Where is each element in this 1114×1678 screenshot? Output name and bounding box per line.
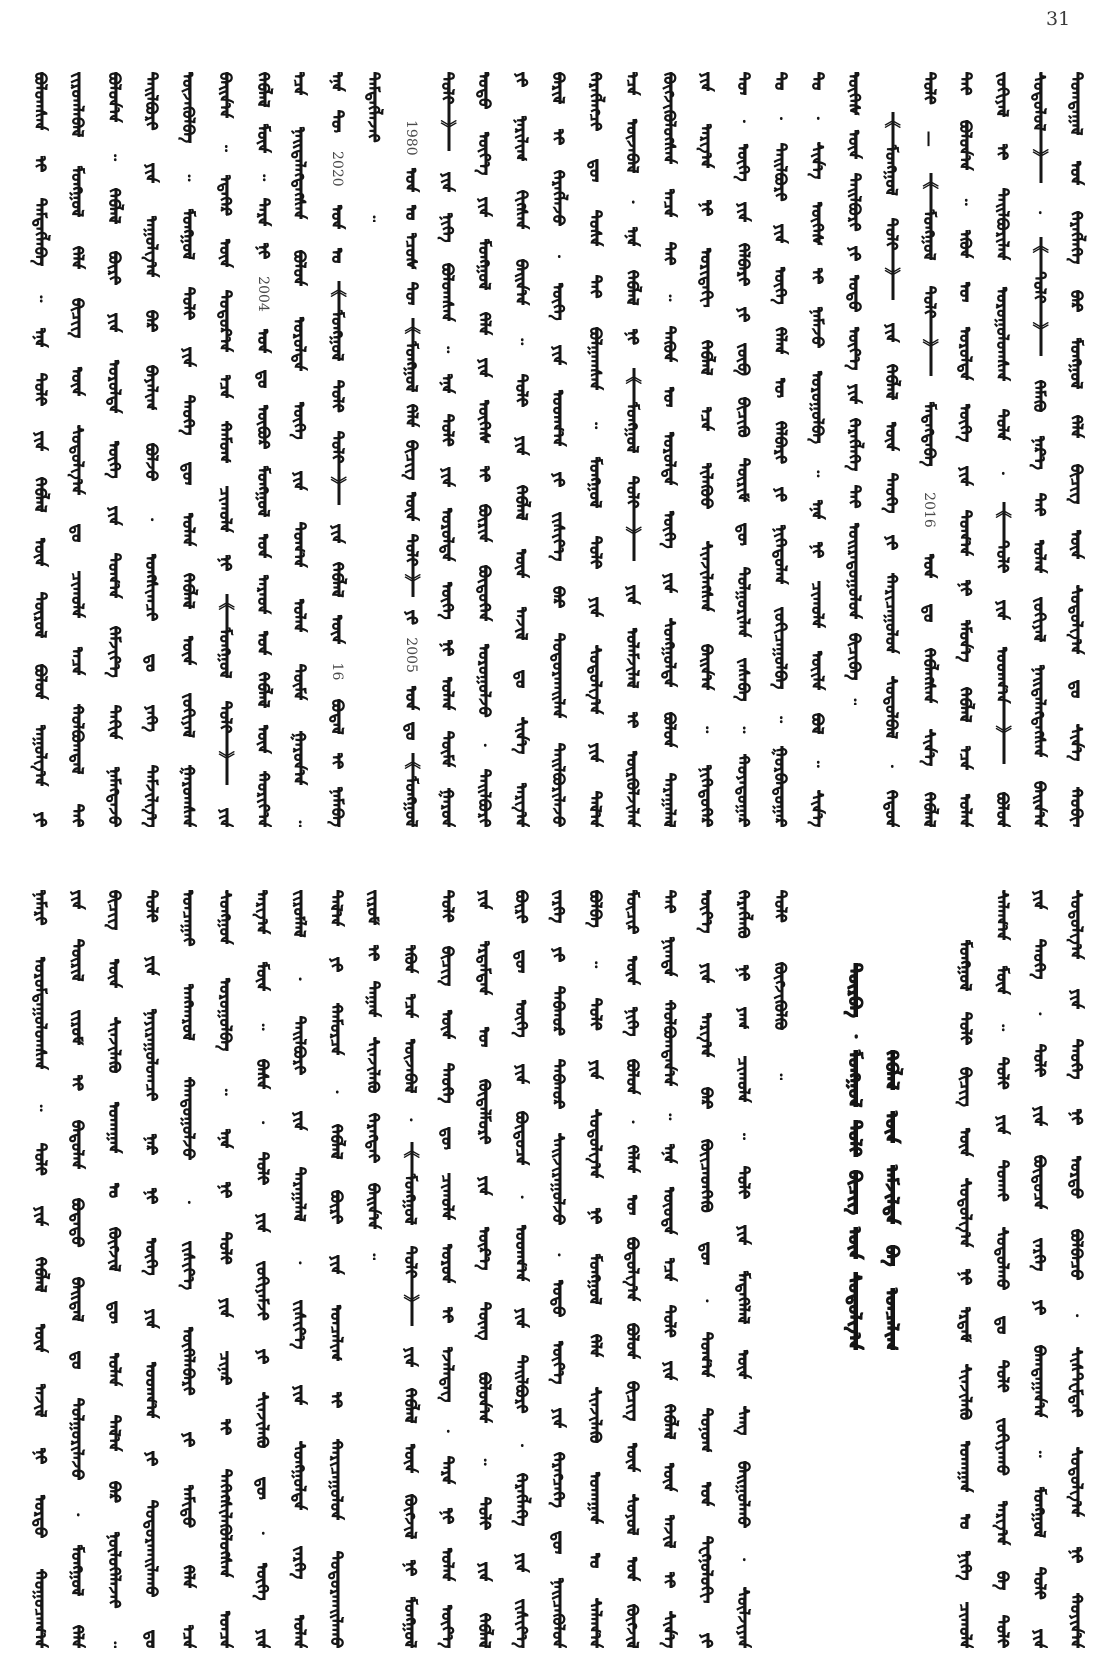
word: ᠮᠣᠩᠭᠣᠯ — [1067, 338, 1086, 389]
text-column: ᠲᠡᠢ ᠨᠢᠭᠲᠠ ᠬᠣᠯᠪᠣᠭᠳᠠᠨ᠎ᠠ ᠃ ᠡᠨᠡ ᠦᠦᠳᠡ ᠡᠴᠡ ᠲᠣᠯ… — [651, 890, 688, 1648]
word: ᠬᠡᠯᠪᠡᠷᠢ — [771, 421, 790, 464]
word: ᠵᠣᠬᠢᠶᠠᠮᠵᠢ — [253, 1261, 272, 1320]
word: ᠳᠤ — [993, 1316, 1012, 1334]
word: ᠳᠤ — [1067, 680, 1086, 698]
word: ᠠᠷᠭ᠎ᠠ — [697, 1013, 716, 1057]
word: ᠶᠢ — [402, 610, 421, 625]
word: ᠰᠦᠯᠵᠢᠶᠡᠨ — [734, 1587, 753, 1648]
word: ᠪᠣᠯᠤᠭᠰᠠᠨ — [438, 263, 457, 321]
paragraph-start-column: 1980 ᠣᠨ ᠤ ᠡᠴᠦᠰ ᠲᠦ 《ᠮᠣᠩᠭᠣᠯ ᠬᠡᠯᠡ ᠪᠢᠴᠢᠭ ᠦᠨ … — [392, 120, 429, 827]
word: ᠦ — [475, 1027, 494, 1047]
word: ᠲᠣᠳᠣᠷᠬᠠᠢᠯᠠᠨ — [549, 633, 568, 718]
word: ᠶᠢᠨ — [475, 890, 494, 909]
paragraph-end-column: ᠲᠣᠯᠢ ᠬᠥᠭᠵᠢᠭᠦᠯᠬᠦ ᠃ — [762, 890, 799, 1080]
text-column: ᠲᠦ ᠂ ᠦᠭᠡ ᠶᠢᠨ ᠬᠡᠯᠪᠡᠷᠢ ᠶᠢ ᠵᠥᠪ ᠪᠢᠴᠢᠬᠦ ᠳᠦᠷᠢᠮ… — [725, 72, 762, 827]
word: ᠰᠤᠳᠤᠯᠬᠤ — [993, 1227, 1012, 1290]
word: ᠣᠷᠣᠯᠲᠠ — [290, 317, 309, 370]
word: ᠬᠣᠶᠠᠳᠤᠭᠠᠷ — [734, 754, 753, 827]
word: ᠬᠡᠯᠡ — [68, 246, 87, 269]
word: ᠨᠢᠭᠡᠳᠦᠭᠡᠷ — [697, 765, 716, 827]
text-column: ᠲᠣᠭᠲᠠᠭᠠᠯ ᠤᠨ ᠬᠡᠷᠡᠭᠯᠡᠭᠡ ᠪᠠᠷ ᠮᠣᠩᠭᠣᠯ ᠬᠡᠯᠡ ᠪᠢ… — [1058, 72, 1095, 827]
word: ᠲᠣᠯᠢ》 — [216, 701, 235, 784]
punctuation: ᠃ — [734, 1129, 753, 1140]
word: ᠪᠣᠯᠤᠨ᠎ᠠ — [956, 120, 975, 170]
word: ᠪᠠᠷᠢᠯ — [549, 72, 568, 104]
word: ᠳᠦ — [697, 1242, 716, 1265]
word: ᠦᠭᠡ — [105, 441, 124, 478]
word: ᠶᠢᠨ — [697, 72, 716, 91]
word: ᠶᠢ — [179, 1432, 198, 1447]
word: ᠡᠴᠡ — [401, 994, 420, 1017]
word: ᠲᠣᠯᠢ》 — [328, 431, 347, 506]
word: ᠢᠯᠡᠭᠦᠦ — [697, 463, 716, 509]
word: ᠲᠠᠢᠯᠪᠤᠷᠢ — [475, 769, 494, 827]
word: ᠲᠣᠯᠢ — [216, 1232, 235, 1264]
text-column: ᠦᠵᠡᠭᠦᠯᠪᠡ ᠃ ᠮᠣᠩᠭᠣᠯ ᠲᠣᠯᠢ ᠶᠢᠨ ᠲᠡᠦᠬᠡ ᠳᠦ ᠣᠯᠠᠨ… — [170, 72, 207, 827]
text-column: ᠶᠢᠨ ᠠᠷᠭ᠎ᠠ ᠨᠢ ᠤᠷᠢᠳᠠᠬᠢ ᠬᠡᠪᠯᠡᠯ ᠡᠴᠡ ᠢᠯᠡᠭᠦᠦ ᠰ… — [688, 72, 725, 827]
word: 《ᠲᠣᠯᠢ — [993, 502, 1012, 573]
text-column: ᠰᠤᠳᠤᠯᠤᠯ》 ᠂ 《ᠲᠣᠯᠢ》 ᠬᠡᠮᠡᠬᠦ ᠨᠡᠷ᠎ᠡ ᠲᠠᠢ ᠣᠯᠠᠨ … — [1021, 72, 1058, 827]
word: ᠳᠤ — [68, 524, 87, 542]
word: ᠶᠢᠨ — [327, 1255, 346, 1274]
word: ᠡᠷᠳᠡᠮ — [956, 1307, 975, 1342]
word: ᠢ — [327, 1392, 346, 1408]
word: ᠡᠮᠦᠨ᠎ᠡ — [956, 620, 975, 662]
word: ᠬᠡᠷᠡᠭᠯᠡᠵᠦ — [549, 170, 568, 226]
word: ᠬᠣᠯᠪᠣᠭᠳᠠᠨ᠎ᠠ — [660, 1000, 679, 1086]
word: ᠲᠦ — [734, 72, 753, 95]
word: ᠬᠠᠷᠢᠴᠠᠭᠤᠯᠤᠨ — [327, 1439, 346, 1520]
word: ᠦᠭᠡ — [549, 283, 568, 320]
word: ᠲᠣᠯᠢ — [253, 1152, 272, 1184]
word: ᠪᠤᠳᠠᠯ — [328, 699, 347, 734]
word: ᠬᠡᠪᠯᠡᠯ — [328, 562, 347, 597]
word: ᠣᠯᠠᠨ — [105, 1353, 124, 1386]
word: ᠤᠷᠲᠤ — [31, 1495, 50, 1538]
word: ᠳᠤ — [142, 654, 161, 672]
word: ᠳᠦ — [105, 1301, 124, 1324]
word: ᠨᠢ — [216, 1182, 235, 1198]
word: ᠦᠦᠳᠡ — [660, 1187, 679, 1235]
word: ᠨᠢᠭᠡ — [438, 213, 457, 242]
word: ᠰᠢᠨᠵᠢᠯᠡᠭᠰᠡᠨ — [697, 541, 716, 612]
text-column: ᠡᠴᠡ ᠨᠡᠢᠲᠡᠯᠡᠭᠳᠡᠭᠰᠡᠨ ᠪᠣᠯᠤᠨ ᠣᠷᠣᠯᠲᠠ ᠦᠭᠡ ᠶᠢᠨ … — [281, 72, 318, 827]
punctuation: ᠃ — [105, 1637, 124, 1648]
word: ᠲᠤ — [771, 72, 790, 90]
text-column: ᠶᠢᠨ ᠲᠦᠷᠢᠯ ᠵᠢᠷᠤᠮ ᠢ ᠪᠠᠲᠤᠯᠠᠨ ᠪᠣᠳᠠᠲᠤ ᠪᠠᠢᠳᠠᠯ … — [59, 890, 96, 1648]
word: ᠪᠣᠳᠠᠲᠤ — [68, 1198, 87, 1247]
word: ᠦᠭᠡᠰ — [845, 72, 864, 115]
word: ᠡᠨᠡ — [328, 72, 347, 91]
word: ᠬᠢᠭᠰᠡᠨ — [512, 190, 531, 229]
word: ᠲᠣᠯᠢ — [920, 72, 939, 104]
word: ᠦᠶ᠎ᠡ — [697, 890, 716, 933]
text-column: ᠲᠣᠯᠢ — 《ᠮᠣᠩᠭᠣᠯ ᠲᠣᠯᠢ》 ᠮᠡᠳᠡᠭᠳᠡᠪᠡ 2016 ᠣᠨ ᠳ… — [910, 72, 947, 827]
word: ᠦᠨ — [31, 538, 50, 567]
word: ᠢ — [364, 945, 383, 961]
word: ᠲᠡᠷᠡ — [438, 1456, 457, 1484]
word: ᠲᠣᠭ᠎ᠠ — [105, 553, 124, 598]
word: ᠰᠤᠳᠤᠯᠭ᠎ᠠ — [1067, 585, 1086, 654]
word: ᠳᠤ — [142, 1630, 161, 1648]
word: ᠶᠢᠨ — [1067, 989, 1086, 1008]
word: ᠵᠣᠬᠢᠶᠠᠯ — [1030, 597, 1049, 642]
word: ᠶᠢᠨ — [328, 524, 347, 543]
word: ᠦᠨ — [328, 615, 347, 644]
word: ᠬᠡᠯᠡᠨ — [771, 327, 790, 354]
word: ᠲᠡᠷᠡ — [254, 198, 273, 226]
word: ᠬᠡᠯᠡ — [586, 1334, 605, 1357]
word: ᠪᠢᠴᠢᠭ — [438, 946, 457, 986]
word: ᠨᠡᠢᠲᠡᠯᠡᠭᠳᠡᠭᠰᠡᠨ — [1030, 665, 1049, 757]
text-column: ᠬᠡᠷᠡᠭᠯᠡᠬᠦ ᠨᠢ ᠶᠠᠭ ᠴᠢᠬᠤᠯᠠ ᠃ ᠲᠣᠯᠢ ᠶᠢᠨ ᠮᠡᠳᠡᠭ… — [725, 890, 762, 1648]
word: ᠲᠣᠯᠢ — [993, 1360, 1012, 1392]
word: ᠲᠦᠮᠡ — [438, 731, 457, 767]
word: ᠰᠤᠳᠤᠯᠭ᠎ᠠ — [844, 1272, 865, 1350]
word: ᠣᠨ — [402, 686, 421, 710]
word: ᠲᠠᠢ — [956, 72, 975, 95]
word: ᠦᠨ — [254, 725, 273, 754]
word: ᠵᠣᠬᠢᠶᠠᠯ — [993, 72, 1012, 117]
word: ᠪᠣᠯ — [808, 713, 827, 734]
word: ᠠᠴᠠ — [68, 647, 87, 675]
word: ᠪᠦᠷᠢ — [105, 251, 124, 284]
word: ᠦᠭᠡ — [290, 402, 309, 439]
word: ᠬᠡᠯᠡ — [179, 1565, 198, 1588]
word: ᠲᠠᠯ᠎ᠠ — [105, 1415, 124, 1451]
word: ᠣᠯᠠᠨ — [438, 1548, 457, 1581]
punctuation: ᠃ — [512, 334, 531, 345]
word: ᠤ — [402, 205, 421, 220]
punctuation: ᠃ — [254, 170, 273, 181]
word: ᠪᠣᠯᠤᠨ — [623, 1323, 642, 1358]
word: ᠪᠢᠴᠢᠭ — [1067, 464, 1086, 504]
word: ᠬᠤᠪᠢ — [1067, 787, 1086, 827]
text-column: ᠨᠡᠮᠡᠷᠢ ᠤᠷᠤᠮᠳᠠᠭᠤᠯᠤᠭᠰᠠᠨ ᠃ ᠲᠣᠯᠢ ᠶᠢᠨ ᠬᠡᠪᠯᠡᠯ … — [22, 890, 59, 1648]
word: ᠨᠢ — [438, 1508, 457, 1524]
word: ᠬᠡᠪᠯᠡᠯ — [623, 270, 642, 305]
word: ᠡᠨᠡ — [623, 227, 642, 246]
word: ᠰᠢᠨ᠎ᠡ — [512, 717, 531, 754]
word: ᠣᠷᠣᠭᠤᠯᠵᠤ — [475, 644, 494, 717]
word: ᠦᠨ — [401, 1444, 420, 1473]
word: ᠶᠢᠨ — [253, 1629, 272, 1648]
word: ᠳᠦ — [734, 523, 753, 546]
word: ᠦᠭᠡᠯᠡᠪᠡᠷᠢ — [179, 1327, 198, 1395]
word: ᠶᠢᠨ — [31, 1206, 50, 1225]
word: ᠰᠤᠳᠤᠯᠭ᠎ᠠ — [586, 645, 605, 714]
word: ᠲᠠᠢᠯᠪᠤᠷᠢᠯᠠᠵᠤ — [549, 743, 568, 827]
word: ᠶᠢᠨ — [142, 163, 161, 182]
word: ᠦᠨ — [956, 1128, 975, 1157]
word: ᠠᠵᠢᠯ — [31, 1384, 50, 1417]
word: ᠦᠨ — [623, 1443, 642, 1472]
word: ᠣᠷᠣᠯᠲᠠ — [438, 508, 457, 561]
word: 《ᠲᠣᠯᠢ》 — [1030, 237, 1049, 356]
word: ᠡᠴᠡ — [216, 375, 235, 398]
word: ᠨᠢ — [697, 200, 716, 216]
word: ᠶᠢᠨ — [512, 1064, 531, 1083]
word: ᠪᠠ — [993, 1571, 1012, 1590]
word: ᠦᠨ — [512, 549, 531, 578]
word: ᠨᠢ — [142, 1188, 161, 1204]
word: ᠳᠤ — [512, 670, 531, 688]
punctuation: ᠂ — [844, 1030, 865, 1037]
punctuation: ᠃ — [216, 1085, 235, 1096]
punctuation: ᠃ — [216, 141, 235, 152]
word: ᠣᠳᠣ — [845, 275, 864, 312]
word: ᠲᠡᠦᠬᠡ — [438, 1063, 457, 1103]
word: ᠣᠷᠣᠭᠤᠯᠤᠭᠰᠠᠨ — [993, 287, 1012, 381]
word: ᠦᠶ᠎ᠡ — [549, 1341, 568, 1384]
word: ᠪᠢᠴᠢᠭ — [68, 298, 87, 338]
word: ᠨᠢ — [734, 965, 753, 981]
word: ᠨᠢ — [808, 542, 827, 558]
number: 2004 — [255, 276, 271, 312]
text-column: ᠵᠡᠷᠭᠡ ᠶᠢ ᠳᠠᠪᠬᠤᠷ ᠳᠠᠪᠬᠤᠷ ᠰᠠᠢᠵᠢᠷᠠᠭᠤᠯᠵᠤ ᠂ ᠣᠳ… — [540, 890, 577, 1648]
text-column: ᠪᠦᠷᠢ ᠳᠦ ᠦᠭᠡ ᠶᠢᠨ ᠪᠦᠲᠦᠴᠡ ᠂ ᠤᠳᠬ᠎ᠠ ᠶᠢᠨ ᠲᠠᠢᠯᠪ… — [503, 890, 540, 1648]
word: ᠲᠠᠢᠯᠪᠤᠷᠢ — [290, 1016, 309, 1074]
word: ᠲᠡᠮᠳᠡᠭᠯᠡᠵᠡᠢ — [364, 72, 383, 142]
word: ᠪᠦᠲᠦᠭᠡᠨ — [475, 565, 494, 621]
word: ᠶᠢᠨ — [586, 1060, 605, 1079]
section-title-line: ᠳᠥᠷᠪᠡ ᠂ ᠮᠣᠩᠭᠣᠯ ᠲᠣᠯᠢ ᠪᠢᠴᠢᠭ ᠦᠨ ᠰᠤᠳᠤᠯᠭ᠎ᠠ — [834, 963, 874, 1350]
punctuation: ᠃ — [364, 1249, 383, 1260]
word: ᠡᠴᠦᠰ — [402, 233, 421, 269]
bottom-tier: ᠨᠡᠮᠡᠷᠢ ᠤᠷᠤᠮᠳᠠᠭᠤᠯᠤᠭᠰᠠᠨ ᠃ ᠲᠣᠯᠢ ᠶᠢᠨ ᠬᠡᠪᠯᠡᠯ … — [0, 890, 1114, 1648]
word: ᠶᠢᠨ — [1030, 1629, 1049, 1648]
word: ᠨᠡᠮᠡᠵᠦ — [808, 307, 827, 347]
text-column: ᠬᠡᠷᠡᠭᠯᠡᠭᠴᠢ ᠳᠦ ᠲᠤᠰᠠ ᠲᠠᠢ ᠪᠣᠯᠭᠠᠭᠰᠠᠨ ᠃ ᠮᠣᠩᠭᠣ… — [577, 72, 614, 827]
word: ᠲᠣᠭ᠎ᠠ — [290, 522, 309, 567]
punctuation: ᠂ — [512, 1440, 531, 1446]
word: ᠲᠡᠭᠦᠨ — [660, 326, 679, 362]
punctuation: ᠂ — [734, 116, 753, 122]
word: ᠳᠠᠬᠢᠨ — [105, 705, 124, 739]
word: ᠪᠦᠲᠦᠴᠡ — [1030, 1155, 1049, 1209]
word: ᠬᠡᠷᠡᠭᠴᠡᠭᠡ — [549, 1452, 568, 1508]
word: ᠪᠢᠴᠢᠭ — [844, 1170, 865, 1215]
word: ᠬᠡᠪᠯᠡᠯ — [31, 477, 50, 512]
punctuation: ᠃ — [956, 195, 975, 206]
word: ᠵᠢᠷᠤᠮᠯᠠᠯ — [290, 890, 309, 937]
word: ᠣᠯᠠᠨ — [1030, 540, 1049, 573]
punctuation: ᠃ — [290, 817, 309, 828]
word: ᠠᠷᠭ᠎ᠠ — [253, 890, 272, 934]
word: ᠦ — [956, 282, 975, 302]
word: ᠪᠢᠴᠢᠭ — [623, 1381, 642, 1421]
word: ᠬᠡᠷᠡᠭᠯᠡᠭᠡ — [1067, 211, 1086, 264]
word: ᠨᠢᠭᠡᠳᠦᠯᠡᠨ — [771, 525, 790, 584]
word: ᠦᠨ — [216, 239, 235, 268]
word: ᠰᠢᠨᠵᠢᠯᠡᠬᠦ — [956, 1364, 975, 1420]
word: ᠶᠢᠨ — [586, 597, 605, 616]
word: ᠬᠥᠭᠵᠢᠭᠦᠯᠬᠦ — [771, 962, 790, 1030]
word: ᠶᠢᠨ — [105, 313, 124, 332]
text-column: ᠶᠢᠨ ᠡᠷᠳᠡᠮᠲᠡᠨ ᠦ ᠬᠥᠳᠡᠯᠮᠦᠷᠢ ᠶᠢᠨ ᠦᠷ᠎ᠡ ᠳᠦᠩ ᠪᠣ… — [466, 890, 503, 1648]
word: ᠠᠮᠢᠳᠤ — [179, 1485, 198, 1528]
word: ᠶᠢ — [882, 535, 901, 550]
punctuation: ᠂ — [438, 1426, 457, 1432]
punctuation: ᠂ — [882, 761, 901, 767]
word: ᠮᠣᠩᠭᠣᠯ — [844, 1050, 865, 1107]
word: ᠨᠢ — [401, 1560, 420, 1576]
word: ᠨᠢ — [438, 640, 457, 656]
word: ᠤᠷᠢᠳᠠᠬᠢ — [697, 248, 716, 307]
word: ᠲᠠᠯ᠎ᠠ — [327, 890, 346, 926]
word: ᠪᠠᠰᠠ — [253, 1059, 272, 1089]
word: 《ᠮᠣᠩᠭᠣᠯ — [623, 368, 642, 453]
word: ᠬᠣᠷᠢᠶ᠎ᠠ — [254, 771, 273, 827]
word: ᠢ — [549, 129, 568, 145]
word: ᠵᠢᠷᠤᠭᠯᠠᠪᠠᠯ — [68, 72, 87, 137]
word: ᠦᠨ — [179, 636, 198, 665]
word: ᠮᠥᠨ — [254, 124, 273, 153]
punctuation: ᠃ — [475, 1455, 494, 1466]
word: ᠰᠣᠩᠭᠣᠯᠲᠠ — [660, 618, 679, 687]
punctuation: ᠃ — [586, 418, 605, 429]
word: ᠲᠣᠯᠢ》 — [920, 286, 939, 376]
word: ᠤ — [105, 1183, 124, 1198]
word: ᠶᠢᠨ — [1030, 1106, 1049, 1125]
word: ᠭᠤᠷᠪᠠᠳᠤᠭᠠᠷ — [771, 746, 790, 827]
punctuation: ᠂ — [734, 1554, 753, 1560]
word: ᠣᠯᠠᠨ — [290, 1615, 309, 1648]
text-column: ᠠᠷᠭ᠎ᠠ ᠮᠥᠨ ᠃ ᠪᠠᠰᠠ ᠂ ᠲᠣᠯᠢ ᠶᠢᠨ ᠵᠣᠬᠢᠶᠠᠮᠵᠢ ᠶᠢ… — [244, 890, 281, 1648]
word: ᠳᠤ — [254, 370, 273, 388]
word: ᠣᠳᠣ — [549, 1280, 568, 1317]
word: ᠰᠤᠳᠤᠯᠤᠯ》 — [1030, 72, 1049, 183]
word: ᠲᠣᠯᠢ — [475, 1497, 494, 1529]
word: ᠣᠯᠠᠨ — [290, 599, 309, 632]
word: ᠳᠤ — [402, 722, 421, 740]
word: ᠦᠭᠡ — [512, 1000, 531, 1037]
word: ᠵᠢᠱᠢᠶ᠎ᠡ — [179, 1241, 198, 1290]
word: ᠰᠠᠯᠠᠭ᠎ᠠ — [586, 1598, 605, 1648]
text-column: ᠲᠣᠯᠢ ᠪᠢᠴᠢᠭ ᠦᠨ ᠲᠡᠦᠬᠡ ᠳᠦ ᠴᠢᠬᠤᠯᠠ ᠣᠷᠣᠨ ᠢ ᠡᠵᠡ… — [429, 890, 466, 1648]
word: ᠲᠠᠢᠯᠪᠤᠷᠢ — [512, 1355, 531, 1413]
word: ᠦᠭᠡᠰ — [475, 400, 494, 443]
word: ᠲᠠᠢ — [1030, 493, 1049, 516]
word: ᠡᠵᠡᠯᠡᠳᠡᠭ — [438, 1347, 457, 1402]
word: ᠦᠨ — [105, 959, 124, 988]
word: ᠲᠣᠯᠢ — [734, 1166, 753, 1198]
word: ᠡᠨᠡ — [808, 500, 827, 519]
word: ᠨᠢ — [623, 329, 642, 345]
word: ᠲᠣᠯᠢ — [993, 1615, 1012, 1647]
word: ᠦ — [660, 387, 679, 407]
word: ᠨᠥᠯᠦᠭᠡᠯᠡᠵᠡᠢ — [105, 1532, 124, 1608]
punctuation: ᠂ — [253, 1117, 272, 1123]
word: ᠶᠢ — [845, 246, 864, 261]
word: ᠪᠣᠯᠤᠨ — [290, 250, 309, 285]
word: ᠶᠢᠨ — [993, 600, 1012, 619]
word: ᠠᠵᠢᠯ — [512, 607, 531, 640]
word: ᠦᠭᠡ — [660, 511, 679, 548]
word: ᠵᠡᠷᠭᠡ — [290, 1546, 309, 1579]
word: ᠬᠡᠪᠯᠡᠯ — [882, 364, 901, 399]
word: ᠢ — [68, 1075, 87, 1091]
word: ᠦᠵᠡᠭᠦᠯᠪᠡ — [179, 72, 198, 143]
word: ᠶᠢᠨ — [290, 1111, 309, 1130]
word: ᠲᠠᠢᠯᠪᠤᠷᠢ — [845, 173, 864, 231]
word: ᠵᠣᠬᠢᠴᠠᠭᠤᠯᠪᠠ — [771, 607, 790, 689]
word: ᠬᠡᠮᠵᠢᠶ᠎ᠡ — [105, 626, 124, 677]
punctuation: ᠃ — [660, 291, 679, 302]
paragraph-end-column: ᠵᠢᠷᠤᠮ ᠢ ᠳᠠᠭᠠᠨ ᠰᠢᠨᠵᠢᠯᠡᠬᠦ ᠬᠡᠷᠡᠭᠲᠡᠢ ᠪᠠᠢᠨ᠎ᠠ … — [355, 890, 392, 1260]
word: ᠳᠠᠭᠠᠨ — [364, 981, 383, 1017]
word: ᠲᠣᠯᠢ — [844, 1120, 865, 1157]
punctuation: ᠃ — [586, 957, 605, 968]
word: ᠨᠢᠭᠲᠠ — [660, 937, 679, 976]
word: ᠲᠣᠯᠢ — [771, 890, 790, 922]
word: ᠪᠠᠭᠲᠠᠭᠠᠨ᠎ᠠ — [1030, 1345, 1049, 1418]
word: ᠰᠢᠨᠵᠢᠯᠡᠬᠦ — [253, 1392, 272, 1448]
word: 《ᠮᠣᠩᠭᠣᠯ — [402, 753, 421, 827]
word: ᠬᠡᠷᠡᠭᠯᠡᠬᠦ — [734, 890, 753, 938]
word: ᠲᠣᠯᠢ》 — [882, 218, 901, 300]
word: ᠬᠥᠳᠡᠯᠮᠦᠷᠢ — [475, 1079, 494, 1144]
word: ᠬᠡᠪᠯᠡᠯ — [254, 72, 273, 107]
word: ᠤ — [586, 1553, 605, 1568]
word: ᠬᠡᠪᠯᠡᠯ — [401, 1388, 420, 1423]
word: ᠤ — [956, 1514, 975, 1529]
word: ᠬᠥᠭᠵᠢᠭᠦᠯᠦᠭᠰᠡᠨ — [660, 72, 679, 164]
word: ᠪᠦᠲᠦᠴᠡ — [512, 1111, 531, 1165]
page-number: 31 — [1046, 8, 1070, 30]
word: ᠬᠡᠷᠡᠭᠲᠡᠢ — [364, 1113, 383, 1162]
word: ᠪᠠᠷ — [142, 310, 161, 332]
word: ᠢ — [993, 144, 1012, 160]
punctuation: ᠃ — [31, 1101, 50, 1112]
word: ᠨᠢ — [956, 580, 975, 596]
word: ᠲᠣᠯᠢ — [1030, 1044, 1049, 1076]
word: ᠶᠢ — [549, 947, 568, 962]
word: ᠦᠨ — [68, 367, 87, 396]
text-column: ᠲᠠᠢ ᠪᠣᠯᠤᠨ᠎ᠠ ᠃ ᠡᠭᠦᠨ ᠦ ᠣᠷᠣᠯᠲᠠ ᠦᠭᠡ ᠶᠢᠨ ᠲᠣᠭ᠎… — [947, 72, 984, 827]
word: ᠦᠶ᠎ᠡ — [438, 1605, 457, 1648]
word: ᠶᠢᠨ — [216, 808, 235, 827]
word: ᠲᠡᠢ — [845, 485, 864, 508]
word: ᠬᠡᠮᠡᠬᠦ — [1030, 380, 1049, 412]
word: ᠣᠷᠣᠭᠤᠯᠪᠠ — [808, 371, 827, 444]
word: ᠣᠯᠠᠨ — [179, 513, 198, 546]
word: ᠦᠭᠡ — [142, 1238, 161, 1275]
word: ᠶᠢᠨ — [845, 384, 864, 403]
word: 《ᠮᠣᠩᠭᠣᠯ — [328, 281, 347, 361]
word: ᠲᠤᠯᠭᠤᠷᠢᠯᠠᠨ — [734, 567, 753, 637]
text-column: ᠪᠠᠷᠢᠯ ᠢ ᠬᠡᠷᠡᠭᠯᠡᠵᠦ ᠂ ᠦᠭᠡ ᠶᠢᠨ ᠤᠳᠬ᠎ᠠ ᠶᠢ ᠵᠢᠱ… — [540, 72, 577, 827]
text-column: ᠪᠢᠴᠢᠭ ᠦᠨ ᠰᠢᠨᠵᠢᠯᠡᠬᠦ ᠤᠬᠠᠭᠠᠨ ᠤ ᠬᠦᠭᠵᠢᠯ ᠳᠦ ᠣᠯ… — [96, 890, 133, 1648]
word: ᠨᠢ — [31, 1448, 50, 1464]
word: ᠶᠢᠨ — [142, 956, 161, 975]
word: ᠪᠦᠷᠢ — [327, 1190, 346, 1223]
word: ᠰᠤᠳᠤᠯᠭ᠎ᠠ — [956, 1178, 975, 1247]
text-column: ᠣᠳᠣ ᠦᠶ᠎ᠡ ᠶᠢᠨ ᠮᠣᠩᠭᠣᠯ ᠬᠡᠯᠡ ᠶᠢᠨ ᠦᠭᠡᠰ ᠢ ᠪᠦᠷᠢ… — [466, 72, 503, 827]
word: ᠨᠢ — [1067, 1547, 1086, 1563]
word: ᠶᠢ — [549, 472, 568, 487]
paragraph-end-column: ᠦᠭᠡᠰ ᠦᠨ ᠲᠠᠢᠯᠪᠤᠷᠢ ᠶᠢ ᠣᠳᠣ ᠦᠶ᠎ᠡ ᠶᠢᠨ ᠬᠡᠷᠡᠭᠯᠡ… — [836, 72, 873, 705]
word: ᠬᠦᠭᠵᠢᠯ — [623, 1604, 642, 1648]
text-column: ᠪᠠᠢᠨ᠎ᠠ ᠃ ᠡᠳᠡᠭᠡᠷ ᠦᠨ ᠳᠣᠲᠣᠷ᠎ᠠ ᠡᠴᠡ ᠬᠠᠮᠤᠭ ᠴᠢᠬ… — [207, 72, 244, 827]
word: ᠮᠣᠩᠭᠣᠯ — [68, 1545, 87, 1596]
word: ᠠᠷᠭ᠎ᠠ — [697, 124, 716, 168]
word: ᠶᠢ — [734, 307, 753, 322]
word: ᠬᠡᠪᠯᠡᠭᠰᠡᠨ — [920, 648, 939, 703]
word: ᠦ — [771, 378, 790, 398]
text-column: ᠵᠢᠷᠤᠭᠯᠠᠪᠠᠯ ᠮᠣᠩᠭᠣᠯ ᠬᠡᠯᠡ ᠪᠢᠴᠢᠭ ᠦᠨ ᠰᠤᠳᠤᠯᠭ᠎ᠠ… — [59, 72, 96, 827]
word: 《ᠮᠣᠩᠭᠣᠯ — [216, 594, 235, 678]
